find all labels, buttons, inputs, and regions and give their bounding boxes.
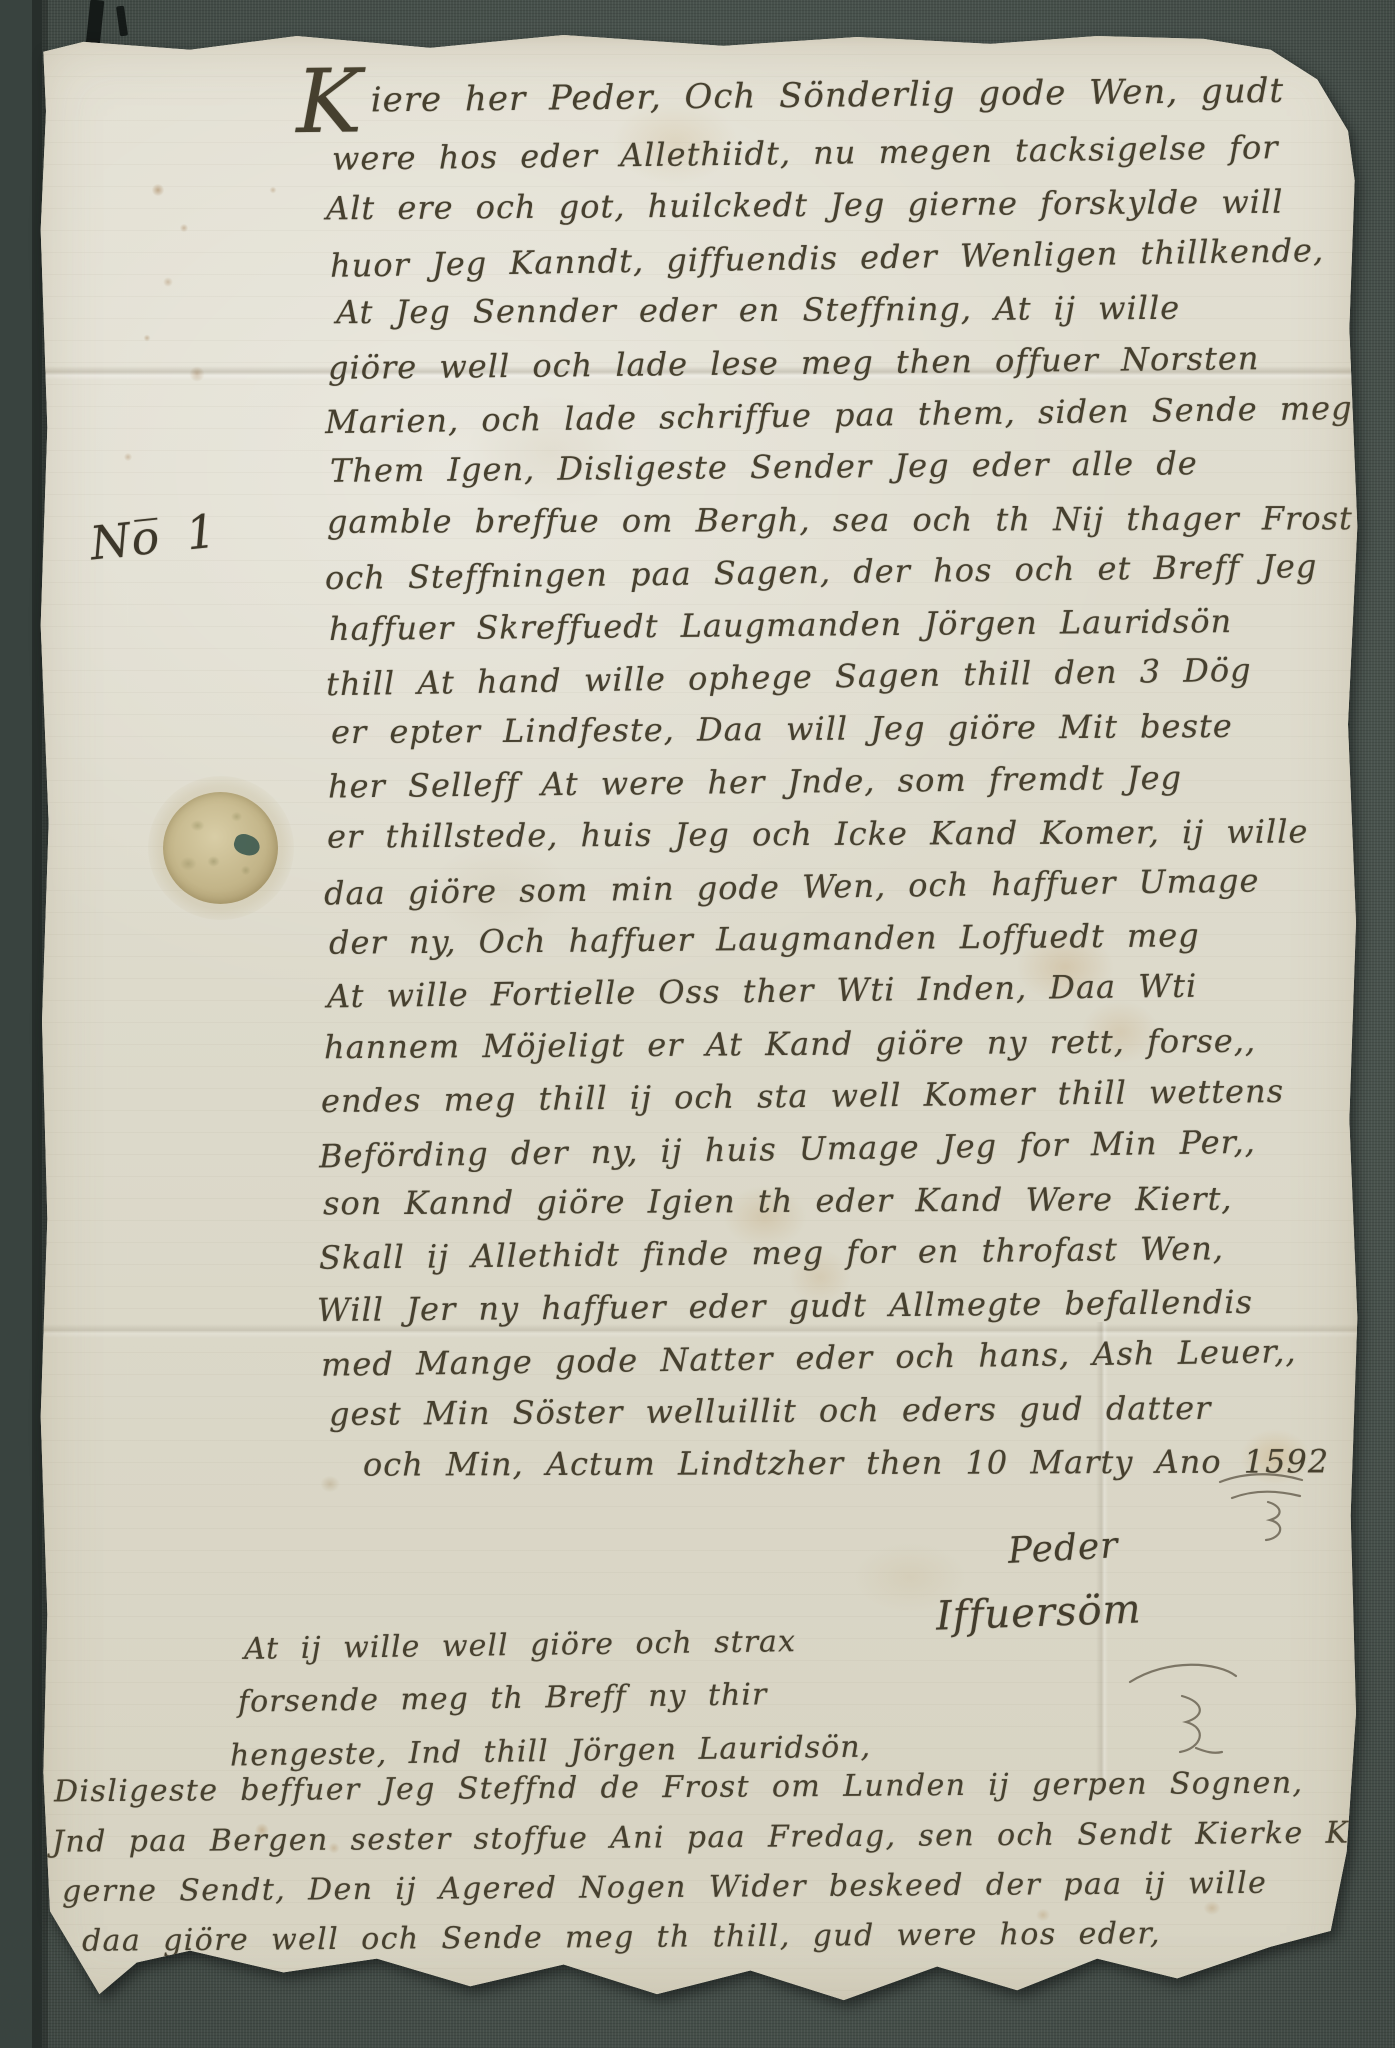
manuscript-line: were hos eder Allethiidt, nu megen tacks… xyxy=(332,128,1279,178)
manuscript-line: Disligeste beffuer Jeg Steffnd de Frost … xyxy=(54,1766,1304,1810)
manuscript-paper: No̅ 1 Kiere her Peder, Och Sönderlig god… xyxy=(30,32,1364,2010)
manuscript-line: thill At hand wille ophege Sagen thill d… xyxy=(326,651,1252,704)
manuscript-line: och Min, Actum Lindtzher then 10 Marty A… xyxy=(363,1442,1329,1483)
manuscript-line: endes meg thill ij och sta well Komer th… xyxy=(321,1072,1284,1120)
manuscript-line: med Mange gode Natter eder och hans, Ash… xyxy=(321,1332,1297,1384)
manuscript-line: huor Jeg Kanndt, giffuendis eder Wenlige… xyxy=(330,231,1325,285)
manuscript-line: son Kannd giöre Igien th eder Kand Were … xyxy=(323,1180,1233,1223)
manuscript-line: der ny, Och haffuer Laugmanden Loffuedt … xyxy=(329,916,1200,962)
manuscript-line: her Selleff At were her Jnde, som fremdt… xyxy=(328,758,1182,805)
manuscript-line: Beförding der ny, ij huis Umage Jeg for … xyxy=(319,1122,1256,1175)
manuscript-line: er thillstede, huis Jeg och Icke Kand Ko… xyxy=(327,813,1309,856)
manuscript-line: hengeste, Ind thill Jörgen Lauridsön, xyxy=(230,1730,872,1774)
archive-number-annotation: No̅ 1 xyxy=(88,504,220,571)
manuscript-line: daa giöre som min gode Wen, och haffuer … xyxy=(324,861,1260,912)
manuscript-line: Marien, och lade schriffue paa them, sid… xyxy=(325,389,1353,441)
manuscript-line: At wille Fortielle Oss ther Wti Inden, D… xyxy=(327,967,1198,1016)
manuscript-line: er epter Lindfeste, Daa will Jeg giöre M… xyxy=(331,707,1233,751)
wax-seal-remnant xyxy=(163,792,278,904)
opening-text: iere her Peder, Och Sönderlig gode Wen, … xyxy=(371,71,1285,121)
wax-seal-fleck xyxy=(232,831,263,858)
date-paraph-flourish xyxy=(1216,1468,1308,1542)
manuscript-line: Will Jer ny haffuer eder gudt Allmegte b… xyxy=(317,1283,1253,1329)
manuscript-line: och Steffningen paa Sagen, der hos och e… xyxy=(325,547,1318,597)
signature-name-line: Iffuersöm xyxy=(935,1586,1142,1639)
manuscript-line: Jnd paa Bergen sester stoffue Ani paa Fr… xyxy=(52,1815,1391,1859)
signature-name-line: Peder xyxy=(1007,1525,1119,1572)
manuscript-line: haffuer Skreffuedt Laugmanden Jörgen Lau… xyxy=(329,602,1232,648)
manuscript-line: giöre well och lade lese meg then offuer… xyxy=(328,339,1260,387)
signature-paraph-flourish xyxy=(1126,1652,1242,1758)
manuscript-line: At ij wille well giöre och strax xyxy=(244,1624,796,1667)
manuscript-line: gest Min Söster welluillit och eders gud… xyxy=(329,1389,1212,1433)
manuscript-line: Them Igen, Disligeste Sender Jeg eder al… xyxy=(330,445,1198,491)
manuscript-line: Skall ij Allethidt finde meg for en thro… xyxy=(319,1230,1224,1277)
illuminated-initial: K xyxy=(295,49,363,153)
manuscript-line: At Jeg Sennder eder en Steffning, At ij … xyxy=(336,289,1180,331)
manuscript-paper-wrap: No̅ 1 Kiere her Peder, Och Sönderlig god… xyxy=(0,0,1395,2048)
manuscript-line-opening: Kiere her Peder, Och Sönderlig gode Wen,… xyxy=(296,71,1284,121)
manuscript-line: forsende meg th Breff ny thir xyxy=(238,1677,768,1719)
manuscript-line: gerne Sendt, Den ij Agered Nogen Wider b… xyxy=(62,1866,1267,1909)
archive-page-photo: No̅ 1 Kiere her Peder, Och Sönderlig god… xyxy=(0,0,1395,2048)
manuscript-line: Alt ere och got, huilckedt Jeg gierne fo… xyxy=(326,183,1284,228)
manuscript-line: daa giöre well och Sende meg th thill, g… xyxy=(82,1916,1161,1959)
manuscript-line: hannem Möjeligt er At Kand giöre ny rett… xyxy=(324,1022,1256,1067)
manuscript-line: gamble breffue om Bergh, sea och th Nij … xyxy=(327,499,1353,541)
